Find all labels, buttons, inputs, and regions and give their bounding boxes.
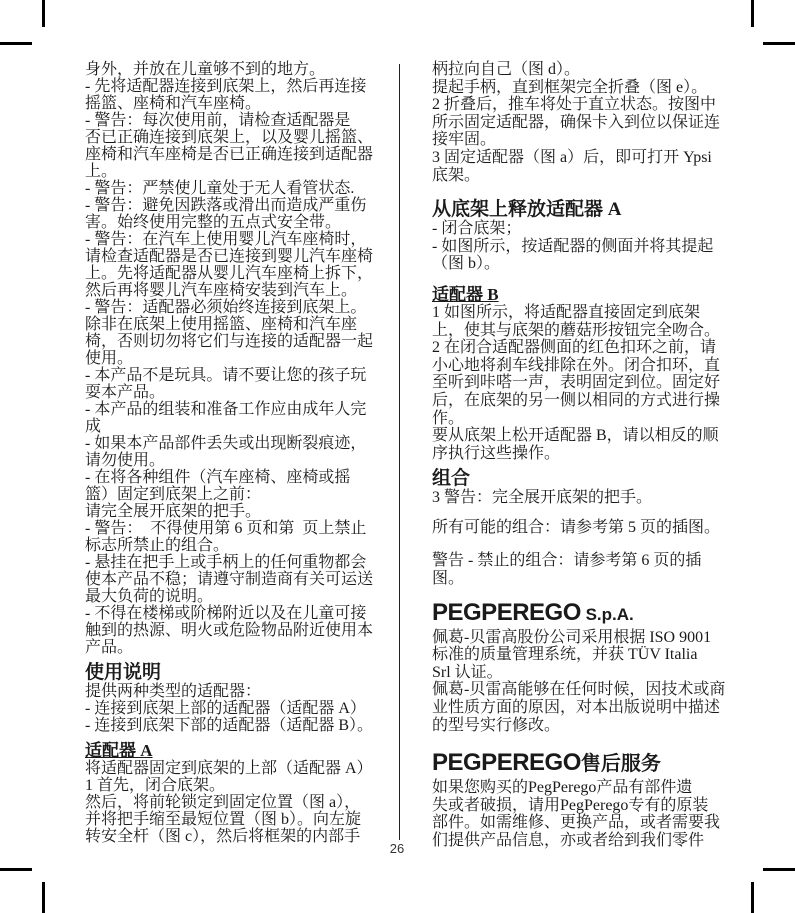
- text-line: 后，在底架的另一侧以相同的方式进行操: [432, 392, 766, 410]
- text-line: 害。始终使用完整的五点式安全带。: [85, 214, 399, 231]
- text-line: 小心地将刹车线排除在外。闭合扣环，直: [432, 357, 766, 375]
- text-line: 所有可能的组合：请参考第 5 页的插图。: [432, 519, 766, 537]
- text-line: - 先将适配器连接到底架上，然后再连接: [85, 78, 399, 95]
- text-line: 佩葛-贝雷高能够在任何时候，因技术或商: [432, 681, 766, 699]
- section-heading: 组合: [432, 469, 766, 489]
- text-line: - 连接到底架上部的适配器（适配器 A）: [85, 700, 399, 717]
- text-line: 触到的热源、明火或危险物品附近使用本: [85, 622, 399, 639]
- text-line: 1 如图所示，将适配器直接固定到底架: [432, 304, 766, 322]
- section-heading: 从底架上释放适配器 A: [432, 200, 766, 220]
- text-line: 标志所禁止的组合。: [85, 537, 399, 554]
- section: 适配器 B: [432, 285, 766, 304]
- text-line: - 警告：在汽车上使用婴儿汽车座椅时，: [85, 231, 399, 248]
- text-line: - 警告：每次使用前，请检查适配器是: [85, 112, 399, 129]
- text-line: 使本产品不稳；请遵守制造商有关可运送: [85, 571, 399, 588]
- paragraph: 警告 - 禁止的组合：请参考第 6 页的插图。: [432, 552, 766, 587]
- right-column: 柄拉向自己（图 d）。提起手柄，直到框架完全折叠（图 e）。2 折叠后，推车将处…: [432, 61, 766, 850]
- text-line: 柄拉向自己（图 d）。: [432, 61, 766, 79]
- brand-name: PEGPEREGO: [432, 749, 581, 776]
- brand-heading: PEGPEREGO售后服务: [432, 750, 766, 779]
- text-line: - 如果本产品部件丢失或出现断裂痕迹，: [85, 435, 399, 452]
- text-line: - 连接到底架下部的适配器（适配器 B）。: [85, 717, 399, 734]
- text-line: 耍本产品。: [85, 384, 399, 401]
- text-line: 佩葛-贝雷高股份公司采用根据 ISO 9001: [432, 629, 766, 647]
- text-line: - 不得在楼梯或阶梯附近以及在儿童可接: [85, 605, 399, 622]
- brand-heading: PEGPEREGO S.p.A.: [432, 600, 766, 629]
- text-line: 3 警告：完全展开底架的把手。: [432, 489, 766, 507]
- text-line: - 警告：严禁使儿童处于无人看管状态.: [85, 180, 399, 197]
- text-line: 然后再将婴儿汽车座椅安装到汽车上。: [85, 282, 399, 299]
- text-line: 上。: [85, 163, 399, 180]
- text-line: （图 b）。: [432, 255, 766, 273]
- text-line: 提供两种类型的适配器：: [85, 683, 399, 700]
- section-heading: 适配器 A: [85, 741, 399, 760]
- text-line: 提起手柄，直到框架完全折叠（图 e）。: [432, 79, 766, 97]
- paragraph: 佩葛-贝雷高股份公司采用根据 ISO 9001标准的质量管理系统，并获 TÜV …: [432, 629, 766, 735]
- text-line: 警告 - 禁止的组合：请参考第 6 页的插: [432, 552, 766, 570]
- text-line: - 警告：适配器必须始终连接到底架上。: [85, 299, 399, 316]
- paragraph: 如果您购买的PegPerego产品有部件遗失或者破损，请用PegPerego专有…: [432, 779, 766, 849]
- section: 使用说明: [85, 663, 399, 683]
- text-line: Srl 认证。: [432, 664, 766, 682]
- text-line: 2 折叠后，推车将处于直立状态。按图中: [432, 96, 766, 114]
- text-line: 身外，并放在儿童够不到的地方。: [85, 61, 399, 78]
- text-line: 使用。: [85, 350, 399, 367]
- text-line: 如果您购买的PegPerego产品有部件遗: [432, 779, 766, 797]
- section-heading: 使用说明: [85, 663, 399, 683]
- text-line: 请完全展开底架的把手。: [85, 503, 399, 520]
- text-line: 请检查适配器是否已连接到婴儿汽车座椅: [85, 248, 399, 265]
- crop-mark-top-right-horizontal: [763, 42, 795, 45]
- text-line: 1 首先，闭合底架。: [85, 777, 399, 794]
- text-line: - 如图所示，按适配器的侧面并将其提起: [432, 238, 766, 256]
- text-line: 产品。: [85, 639, 399, 656]
- text-line: 最大负荷的说明。: [85, 588, 399, 605]
- crop-mark-top-left-horizontal: [0, 42, 32, 45]
- crop-mark-top-left-vertical: [42, 0, 45, 27]
- text-line: 序执行这些操作。: [432, 445, 766, 463]
- text-line: 接牢固。: [432, 131, 766, 149]
- text-line: - 悬挂在把手上或手柄上的任何重物都会: [85, 554, 399, 571]
- text-line: 要从底架上松开适配器 B，请以相反的顺: [432, 427, 766, 445]
- text-line: - 警告： 不得使用第 6 页和第 页上禁止: [85, 520, 399, 537]
- crop-mark-bottom-right-horizontal: [763, 868, 795, 871]
- paragraph: - 闭合底架；- 如图所示，按适配器的侧面并将其提起（图 b）。: [432, 220, 766, 273]
- text-line: 篮）固定到底架上之前：: [85, 486, 399, 503]
- brand-name: PEGPEREGO: [432, 599, 581, 626]
- text-line: 底架。: [432, 167, 766, 185]
- manual-page: 身外，并放在儿童够不到的地方。- 先将适配器连接到底架上，然后再连接摇篮、座椅和…: [0, 0, 795, 913]
- text-line: 失或者破损，请用PegPerego专有的原装: [432, 797, 766, 815]
- text-line: 成: [85, 418, 399, 435]
- text-line: 2 在闭合适配器侧面的红色扣环之前，请: [432, 339, 766, 357]
- text-line: - 闭合底架；: [432, 220, 766, 238]
- text-line: 业性质方面的原因，对本出版说明中描述: [432, 699, 766, 717]
- paragraph: 提供两种类型的适配器：- 连接到底架上部的适配器（适配器 A）- 连接到底架下部…: [85, 683, 399, 734]
- text-line: 上。先将适配器从婴儿汽车座椅上拆下，: [85, 265, 399, 282]
- text-line: 图。: [432, 570, 766, 588]
- text-line: 标准的质量管理系统，并获 TÜV Italia: [432, 646, 766, 664]
- text-line: 至听到咔嗒一声，表明固定到位。固定好: [432, 374, 766, 392]
- brand-heading-suffix: S.p.A.: [581, 605, 634, 624]
- text-line: 座椅和汽车座椅是否已正确连接到适配器: [85, 146, 399, 163]
- crop-mark-top-right-vertical: [751, 0, 754, 27]
- section: 适配器 A: [85, 741, 399, 760]
- text-line: 的型号实行修改。: [432, 717, 766, 735]
- text-line: 然后，将前轮锁定到固定位置（图 a），: [85, 794, 399, 811]
- crop-mark-bottom-left-horizontal: [0, 868, 32, 871]
- text-line: - 本产品的组装和准备工作应由成年人完: [85, 401, 399, 418]
- text-line: 摇篮、座椅和汽车座椅。: [85, 95, 399, 112]
- text-line: - 在将各种组件（汽车座椅、座椅或摇: [85, 469, 399, 486]
- paragraph: 所有可能的组合：请参考第 5 页的插图。: [432, 519, 766, 537]
- section: 从底架上释放适配器 A: [432, 200, 766, 220]
- text-line: 请勿使用。: [85, 452, 399, 469]
- text-line: 除非在底架上使用摇篮、座椅和汽车座: [85, 316, 399, 333]
- text-line: 转安全杆（图 c），然后将框架的内部手: [85, 828, 399, 845]
- section: 组合: [432, 469, 766, 489]
- text-line: 部件。如需维修、更换产品，或者需要我: [432, 814, 766, 832]
- crop-mark-bottom-right-vertical: [751, 882, 754, 913]
- text-line: 作。: [432, 410, 766, 428]
- text-line: - 警告：避免因跌落或滑出而造成严重伤: [85, 197, 399, 214]
- section-heading: 适配器 B: [432, 285, 766, 304]
- left-column: 身外，并放在儿童够不到的地方。- 先将适配器连接到底架上，然后再连接摇篮、座椅和…: [85, 61, 399, 845]
- text-line: 并将把手缩至最短位置（图 b）。向左旋: [85, 811, 399, 828]
- crop-mark-bottom-left-vertical: [42, 882, 45, 913]
- text-line: 椅，否则切勿将它们与连接的适配器一起: [85, 333, 399, 350]
- paragraph: 柄拉向自己（图 d）。提起手柄，直到框架完全折叠（图 e）。2 折叠后，推车将处…: [432, 61, 766, 184]
- paragraph: 3 警告：完全展开底架的把手。: [432, 489, 766, 507]
- text-line: 所示固定适配器，确保卡入到位以保证连: [432, 114, 766, 132]
- paragraph: 1 如图所示，将适配器直接固定到底架上，使其与底架的蘑菇形按钮完全吻合。2 在闭…: [432, 304, 766, 462]
- column-divider-rule: [399, 64, 400, 840]
- paragraph: 身外，并放在儿童够不到的地方。- 先将适配器连接到底架上，然后再连接摇篮、座椅和…: [85, 61, 399, 656]
- text-line: 3 固定适配器（图 a）后，即可打开 Ypsi: [432, 149, 766, 167]
- paragraph: 将适配器固定到底架的上部（适配器 A）1 首先，闭合底架。然后，将前轮锁定到固定…: [85, 760, 399, 845]
- text-line: 上，使其与底架的蘑菇形按钮完全吻合。: [432, 322, 766, 340]
- text-line: 将适配器固定到底架的上部（适配器 A）: [85, 760, 399, 777]
- page-number: 26: [384, 841, 410, 856]
- text-line: 否已正确连接到底架上，以及婴儿摇篮、: [85, 129, 399, 146]
- text-line: 们提供产品信息，亦或者给到我们零件: [432, 832, 766, 850]
- brand-heading-suffix: 售后服务: [581, 753, 661, 775]
- text-line: - 本产品不是玩具。请不要让您的孩子玩: [85, 367, 399, 384]
